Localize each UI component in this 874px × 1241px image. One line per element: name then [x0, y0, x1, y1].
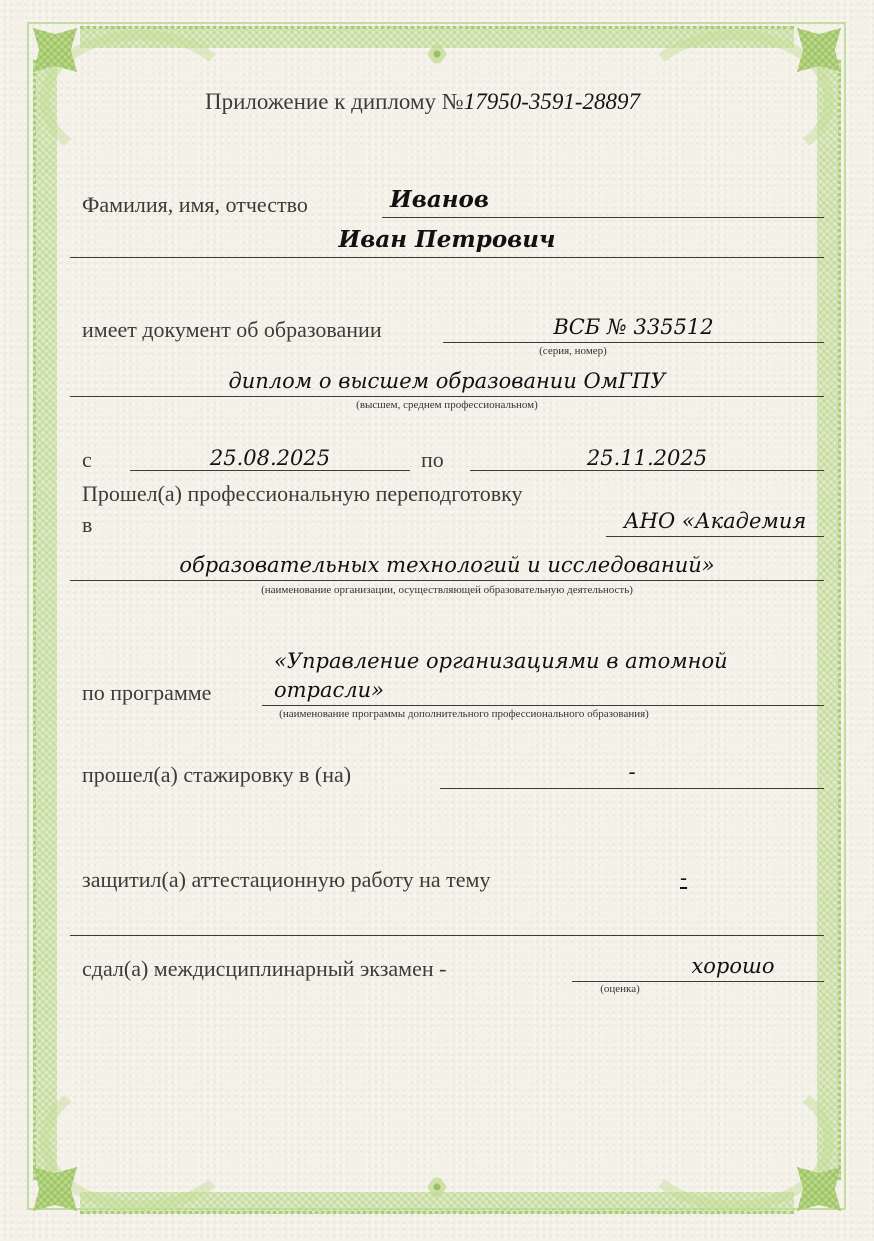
period-from-date: 25.08.2025 [130, 446, 410, 470]
period-to-date: 25.11.2025 [470, 446, 824, 470]
exam-grade-value: хорошо [572, 954, 824, 978]
series-number-value: ВСБ № 335512 [443, 315, 824, 339]
education-doc-type-value: диплом о высшем образовании ОмГПУ [70, 369, 824, 393]
fio-label: Фамилия, имя, отчество [82, 192, 308, 218]
internship-value: - [440, 760, 824, 784]
internship-label: прошел(а) стажировку в (на) [82, 762, 351, 788]
exam-grade-underline [572, 981, 824, 982]
program-hint: (наименование программы дополнительного … [236, 708, 692, 720]
organization-underline-1 [606, 536, 824, 537]
program-name-line2: отрасли» [274, 678, 384, 702]
retraining-in-label: в [82, 512, 92, 538]
thesis-label: защитил(а) аттестационную работу на тему [82, 867, 490, 893]
corner-rosette-icon [33, 28, 77, 72]
program-label: по программе [82, 680, 211, 706]
diploma-number: 17950-3591-28897 [464, 89, 640, 114]
thesis-underline [70, 935, 824, 936]
name-underline [70, 257, 824, 258]
organization-underline-2 [70, 580, 824, 581]
period-from-label: с [82, 447, 92, 473]
corner-rosette-icon [797, 28, 841, 72]
surname-underline [382, 217, 824, 218]
period-to-underline [470, 470, 824, 471]
series-number-hint: (серия, номер) [443, 345, 703, 357]
corner-rosette-icon [33, 1167, 77, 1211]
organization-value-line1: АНО «Академия [606, 509, 824, 533]
period-to-label: по [421, 447, 444, 473]
organization-value-line2: образовательных технологий и исследовани… [70, 553, 824, 577]
period-from-underline [130, 470, 410, 471]
program-name-line1: «Управление организациями в атомной [274, 649, 728, 673]
program-underline [262, 705, 824, 706]
surname-value: Иванов [390, 186, 489, 213]
title-prefix: Приложение к диплому № [205, 89, 464, 114]
document-title: Приложение к диплому №17950-3591-28897 [205, 89, 640, 115]
series-number-underline [443, 342, 824, 343]
corner-rosette-icon [797, 1167, 841, 1211]
internship-underline [440, 788, 824, 789]
education-doc-label: имеет документ об образовании [82, 317, 382, 343]
frame-band-left [33, 60, 57, 1180]
exam-label: сдал(а) междисциплинарный экзамен - [82, 956, 446, 982]
name-patronymic-value: Иван Петрович [70, 226, 824, 253]
education-doc-type-underline [70, 396, 824, 397]
education-doc-type-hint: (высшем, среднем профессиональном) [70, 399, 824, 411]
exam-grade-hint: (оценка) [572, 983, 668, 995]
thesis-value: - [680, 866, 687, 890]
organization-hint: (наименование организации, осуществляюще… [70, 584, 824, 596]
retraining-label: Прошел(а) профессиональную переподготовк… [82, 481, 523, 507]
